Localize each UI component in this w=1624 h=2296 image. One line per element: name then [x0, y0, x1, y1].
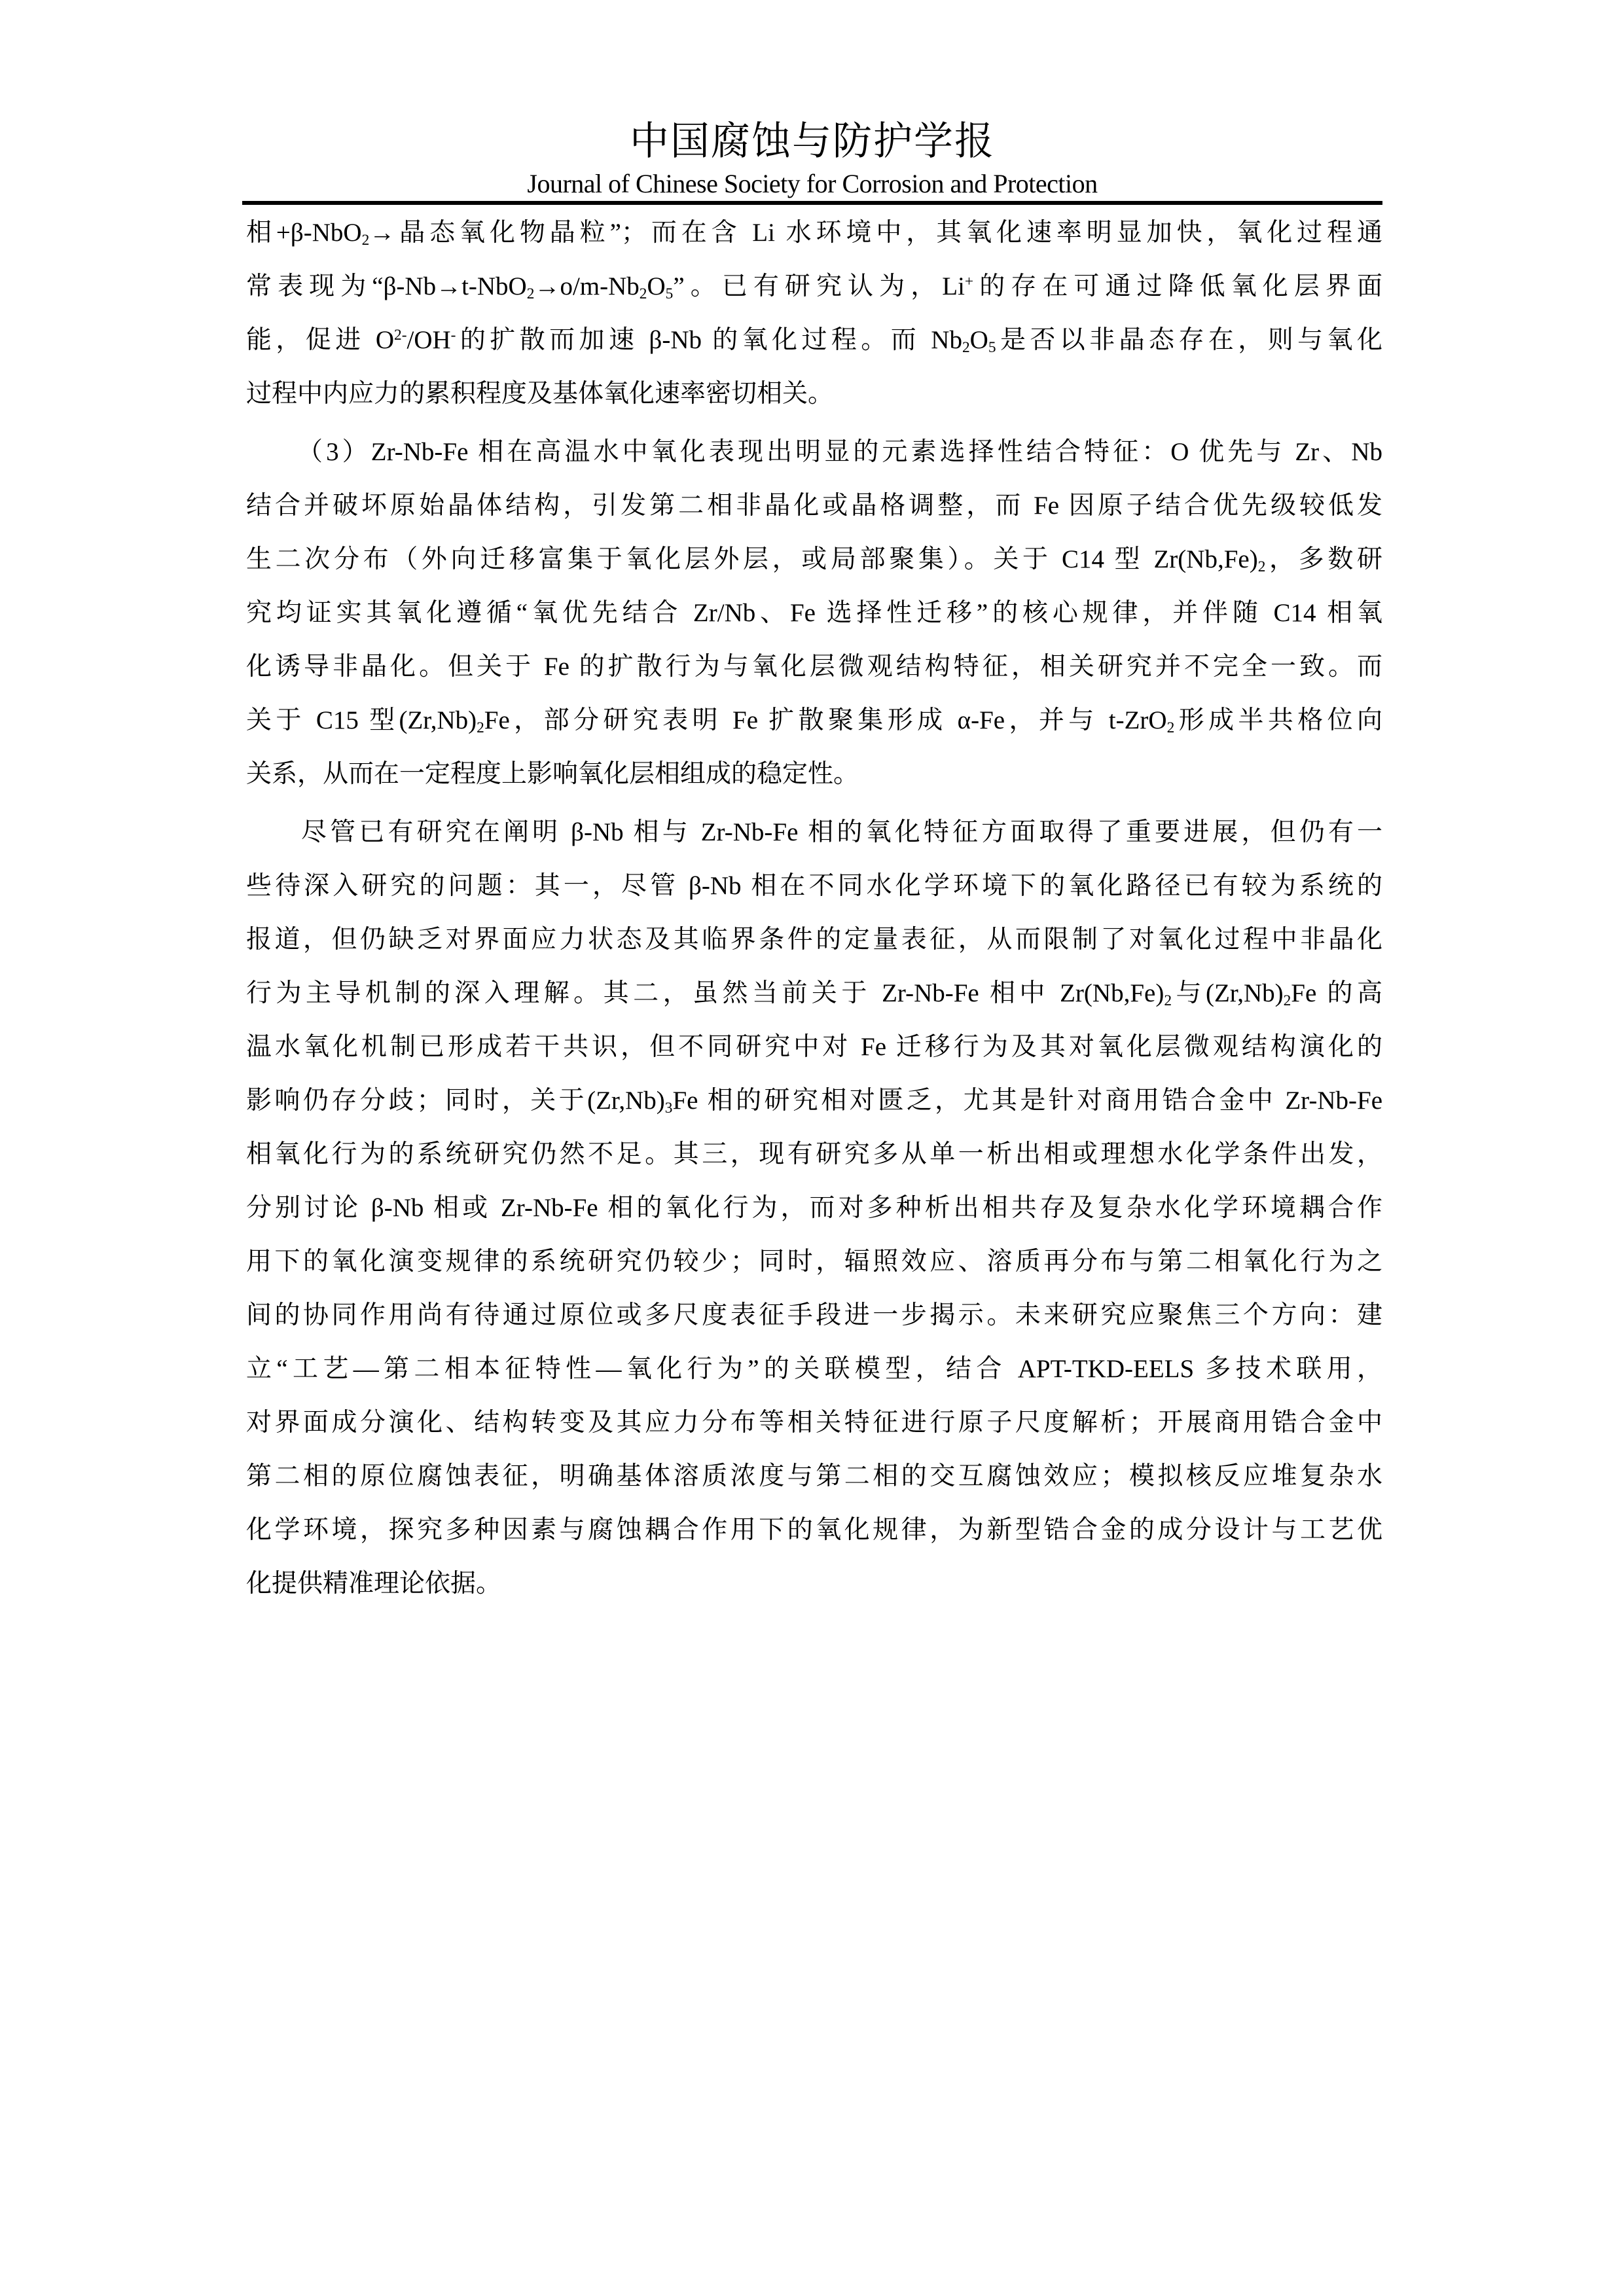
subscript: 2 — [477, 719, 484, 736]
text-line: 化学环境，探究多种因素与腐蚀耦合作用下的氧化规律，为新型锆合金的成分设计与工艺优 — [246, 1513, 1382, 1567]
text-run: 些待深入研究的问题：其一，尽管 β-Nb 相在不同水化学环境下的氧化路径已有较为… — [246, 872, 1382, 900]
text-line: 化诱导非晶化。但关于 Fe 的扩散行为与氧化层微观结构特征，相关研究并不完全一致… — [246, 650, 1382, 704]
paragraph-outlook: 尽管已有研究在阐明 β-Nb 相与 Zr-Nb-Fe 相的氧化特征方面取得了重要… — [246, 816, 1382, 1621]
journal-title-en: Journal of Chinese Society for Corrosion… — [242, 169, 1382, 199]
text-run: 与(Zr,Nb) — [1172, 979, 1284, 1007]
text-run: 化学环境，探究多种因素与腐蚀耦合作用下的氧化规律，为新型锆合金的成分设计与工艺优 — [246, 1516, 1382, 1544]
article-body: 相+β-NbO2→晶态氧化物晶粒”；而在含 Li 水环境中，其氧化速率明显加快，… — [246, 216, 1382, 1625]
text-run: （3）Zr-Nb-Fe 相在高温水中氧化表现出明显的元素选择性结合特征：O 优先… — [297, 438, 1382, 466]
subscript: 2 — [1167, 719, 1175, 736]
text-line: 影响仍存分歧；同时，关于(Zr,Nb)3Fe 相的研究相对匮乏，尤其是针对商用锆… — [246, 1084, 1382, 1138]
text-run: O — [647, 272, 665, 300]
text-line: 过程中内应力的累积程度及基体氧化速率密切相关。 — [246, 377, 1382, 431]
text-run: 究均证实其氧化遵循“氧优先结合 Zr/Nb、Fe 选择性迁移”的核心规律，并伴随… — [246, 599, 1382, 627]
text-line: 相氧化行为的系统研究仍然不足。其三，现有研究多从单一析出相或理想水化学条件出发， — [246, 1138, 1382, 1191]
text-line: 关系，从而在一定程度上影响氧化层相组成的稳定性。 — [246, 757, 1382, 811]
text-line: 用下的氧化演变规律的系统研究仍较少；同时，辐照效应、溶质再分布与第二相氧化行为之 — [246, 1245, 1382, 1299]
text-run: 影响仍存分歧；同时，关于(Zr,Nb) — [246, 1086, 665, 1115]
journal-header: 中国腐蚀与防护学报 Journal of Chinese Society for… — [242, 117, 1382, 199]
text-line: 对界面成分演化、结构转变及其应力分布等相关特征进行原子尺度解析；开展商用锆合金中 — [246, 1406, 1382, 1460]
text-line: 能，促进 O2-/OH-的扩散而加速 β-Nb 的氧化过程。而 Nb2O5是否以… — [246, 323, 1382, 377]
journal-title-cn: 中国腐蚀与防护学报 — [242, 117, 1382, 166]
text-run: O — [970, 326, 988, 354]
text-run: →o/m-Nb — [534, 272, 639, 300]
text-run: 的扩散而加速 β-Nb 的氧化过程。而 Nb — [456, 326, 962, 354]
text-run: 化提供精准理论依据。 — [246, 1570, 501, 1598]
text-run: 尽管已有研究在阐明 β-Nb 相与 Zr-Nb-Fe 相的氧化特征方面取得了重要… — [301, 818, 1382, 846]
superscript: 2- — [394, 327, 407, 344]
text-line: 关于 C15 型(Zr,Nb)2Fe，部分研究表明 Fe 扩散聚集形成 α-Fe… — [246, 704, 1382, 757]
subscript: 2 — [527, 285, 535, 302]
superscript: + — [965, 273, 973, 290]
text-run: 报道，但仍缺乏对界面应力状态及其临界条件的定量表征，从而限制了对氧化过程中非晶化 — [246, 925, 1382, 954]
text-line: 第二相的原位腐蚀表征，明确基体溶质浓度与第二相的交互腐蚀效应；模拟核反应堆复杂水 — [246, 1460, 1382, 1513]
text-line: 温水氧化机制已形成若干共识，但不同研究中对 Fe 迁移行为及其对氧化层微观结构演… — [246, 1030, 1382, 1084]
text-run: 能，促进 O — [246, 326, 394, 354]
subscript: 2 — [962, 339, 970, 356]
subscript: 2 — [362, 232, 370, 249]
text-run: ，多数研 — [1265, 545, 1382, 573]
text-line: 立“工艺—第二相本征特性—氧化行为”的关联模型，结合 APT-TKD-EELS … — [246, 1352, 1382, 1406]
text-line: 分别讨论 β-Nb 相或 Zr-Nb-Fe 相的氧化行为，而对多种析出相共存及复… — [246, 1191, 1382, 1245]
text-line: 间的协同作用尚有待通过原位或多尺度表征手段进一步揭示。未来研究应聚焦三个方向：建 — [246, 1299, 1382, 1352]
text-run: /OH — [407, 326, 451, 354]
text-line: 究均证实其氧化遵循“氧优先结合 Zr/Nb、Fe 选择性迁移”的核心规律，并伴随… — [246, 596, 1382, 650]
text-line: 相+β-NbO2→晶态氧化物晶粒”；而在含 Li 水环境中，其氧化速率明显加快，… — [246, 216, 1382, 270]
text-run: Fe，部分研究表明 Fe 扩散聚集形成 α-Fe，并与 t-ZrO — [484, 706, 1167, 734]
text-run: 行为主导机制的深入理解。其二，虽然当前关于 Zr-Nb-Fe 相中 Zr(Nb,… — [246, 979, 1164, 1007]
text-run: Fe 的高 — [1291, 979, 1382, 1007]
text-line: 化提供精准理论依据。 — [246, 1567, 1382, 1621]
text-run: 相+β-NbO — [246, 219, 362, 247]
text-run: 结合并破坏原始晶体结构，引发第二相非晶化或晶格调整，而 Fe 因原子结合优先级较… — [246, 492, 1382, 520]
text-run: 关系，从而在一定程度上影响氧化层相组成的稳定性。 — [246, 760, 859, 788]
paragraph-beta-nb-oxidation-continued: 相+β-NbO2→晶态氧化物晶粒”；而在含 Li 水环境中，其氧化速率明显加快，… — [246, 216, 1382, 431]
text-run: 对界面成分演化、结构转变及其应力分布等相关特征进行原子尺度解析；开展商用锆合金中 — [246, 1408, 1382, 1437]
text-line: 常表现为“β-Nb→t-NbO2→o/m-Nb2O5”。已有研究认为，Li+的存… — [246, 270, 1382, 323]
text-run: →晶态氧化物晶粒”；而在含 Li 水环境中，其氧化速率明显加快，氧化过程通 — [369, 219, 1382, 247]
text-run: 化诱导非晶化。但关于 Fe 的扩散行为与氧化层微观结构特征，相关研究并不完全一致… — [246, 653, 1382, 681]
text-line: 结合并破坏原始晶体结构，引发第二相非晶化或晶格调整，而 Fe 因原子结合优先级较… — [246, 489, 1382, 543]
text-run: ”。已有研究认为，Li — [673, 272, 965, 300]
text-run: 第二相的原位腐蚀表征，明确基体溶质浓度与第二相的交互腐蚀效应；模拟核反应堆复杂水 — [246, 1462, 1382, 1490]
subscript: 5 — [666, 285, 674, 302]
text-run: 温水氧化机制已形成若干共识，但不同研究中对 Fe 迁移行为及其对氧化层微观结构演… — [246, 1033, 1382, 1061]
text-line: 些待深入研究的问题：其一，尽管 β-Nb 相在不同水化学环境下的氧化路径已有较为… — [246, 869, 1382, 923]
text-run: 分别讨论 β-Nb 相或 Zr-Nb-Fe 相的氧化行为，而对多种析出相共存及复… — [246, 1194, 1382, 1222]
header-rule-divider — [242, 201, 1382, 205]
text-run: 生二次分布（外向迁移富集于氧化层外层，或局部聚集）。关于 C14 型 Zr(Nb… — [246, 545, 1258, 573]
text-run: 用下的氧化演变规律的系统研究仍较少；同时，辐照效应、溶质再分布与第二相氧化行为之 — [246, 1247, 1382, 1276]
text-run: 关于 C15 型(Zr,Nb) — [246, 706, 477, 734]
subscript: 2 — [1284, 992, 1291, 1009]
text-run: 形成半共格位向 — [1174, 706, 1382, 734]
text-run: Fe 相的研究相对匮乏，尤其是针对商用锆合金中 Zr-Nb-Fe — [672, 1086, 1382, 1115]
text-run: 相氧化行为的系统研究仍然不足。其三，现有研究多从单一析出相或理想水化学条件出发， — [246, 1140, 1382, 1168]
subscript: 5 — [988, 339, 996, 356]
text-run: 是否以非晶态存在，则与氧化 — [996, 326, 1382, 354]
text-run: 间的协同作用尚有待通过原位或多尺度表征手段进一步揭示。未来研究应聚焦三个方向：建 — [246, 1301, 1382, 1329]
text-run: 常表现为“β-Nb→t-NbO — [246, 272, 527, 300]
text-line: （3）Zr-Nb-Fe 相在高温水中氧化表现出明显的元素选择性结合特征：O 优先… — [246, 435, 1382, 489]
text-run: 过程中内应力的累积程度及基体氧化速率密切相关。 — [246, 380, 833, 408]
subscript: 2 — [1258, 558, 1266, 575]
text-line: 报道，但仍缺乏对界面应力状态及其临界条件的定量表征，从而限制了对氧化过程中非晶化 — [246, 923, 1382, 977]
subscript: 2 — [1164, 992, 1172, 1009]
text-line: 尽管已有研究在阐明 β-Nb 相与 Zr-Nb-Fe 相的氧化特征方面取得了重要… — [246, 816, 1382, 869]
text-line: 生二次分布（外向迁移富集于氧化层外层，或局部聚集）。关于 C14 型 Zr(Nb… — [246, 543, 1382, 596]
subscript: 3 — [665, 1100, 673, 1117]
text-run: 立“工艺—第二相本征特性—氧化行为”的关联模型，结合 APT-TKD-EELS … — [246, 1355, 1382, 1383]
subscript: 2 — [640, 285, 647, 302]
text-line: 行为主导机制的深入理解。其二，虽然当前关于 Zr-Nb-Fe 相中 Zr(Nb,… — [246, 977, 1382, 1030]
text-run: 的存在可通过降低氧化层界面 — [973, 272, 1382, 300]
paragraph-zr-nb-fe-oxidation: （3）Zr-Nb-Fe 相在高温水中氧化表现出明显的元素选择性结合特征：O 优先… — [246, 435, 1382, 811]
